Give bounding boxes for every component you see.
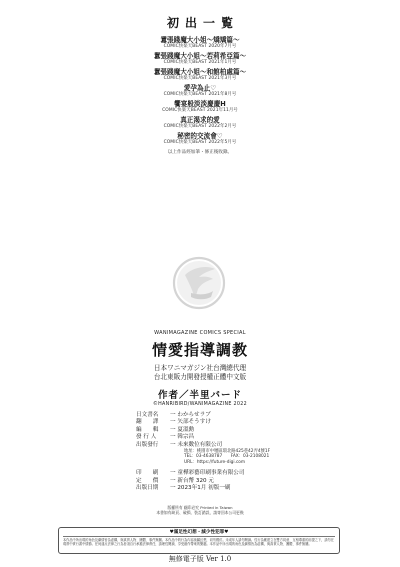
author-credit: 作者／半里バード [0, 387, 400, 401]
entry-title: 囂張踐魔大小姐～矯矯篇～ [0, 37, 400, 44]
credit-key: 出版發行 [136, 442, 170, 449]
credit-value: 一 夏溫勳 [170, 427, 194, 433]
edition-version: 無修電子版 Ver 1.0 [0, 554, 400, 564]
publication-entry: 囂張踐魔大小姐～和館柏處篇～ COMIC快楽天BEAST 2021年3月号 [0, 69, 400, 81]
publication-entry: 愛孕為止♡ COMIC快楽天BEAST 2021年8月号 [0, 85, 400, 97]
credit-row: 翻 譯一 矢部そうすけ [136, 419, 306, 426]
credit-value: 一 未來數位有限公司 [170, 442, 222, 448]
entry-title: 真正渴求的愛 [0, 117, 400, 124]
credit-value: 一 わからせラブ [170, 412, 211, 418]
entry-source: COMIC快楽天BEAST 2021年8月号 [0, 93, 400, 97]
printing-note: 版權所有 翻印必究 Printed in Taiwan 本書如有缺頁、破損、裝訂… [0, 505, 400, 515]
colophon-page: 初出一覧 囂張踐魔大小姐～矯矯篇～ COMIC快楽天BEAST 2020年7月号… [0, 0, 400, 567]
first-publication-list: 初出一覧 囂張踐魔大小姐～矯矯篇～ COMIC快楽天BEAST 2020年7月号… [0, 14, 400, 155]
credit-row: 編 輯一 夏溫勳 [136, 427, 306, 434]
credit-key: 印 刷 [136, 470, 170, 477]
credit-value: 一 2023年1月 初版一刷 [170, 485, 231, 491]
credit-key: 發 行 人 [136, 434, 170, 441]
entry-title: 秘密的交流會♡ [0, 133, 400, 140]
credit-key: 出版日期 [136, 485, 170, 492]
credit-row: 發 行 人一 韓宗昌 [136, 434, 306, 441]
credit-row: 定 價一 新台幣 320 元 [136, 478, 306, 485]
entry-source: COMIC快楽天BEAST 2021年11月号 [0, 109, 400, 113]
warning-body: 本作品中所出現的角色及劇情皆為虛構，與真實人物、團體、事件無關。本作品中的行為內… [63, 538, 335, 555]
entry-title: 囂張踐魔大小姐～若莉希亞篇～ [0, 53, 400, 60]
publisher-address: 地址：桃園市中壢區環北路425巷42弄4號1F TEL：03-4638787 F… [184, 449, 306, 465]
credit-value: 一 矢部そうすけ [170, 419, 211, 425]
publication-entry: 囂張踐魔大小姐～若莉希亞篇～ COMIC快楽天BEAST 2021年1月号 [0, 53, 400, 65]
publisher-wing-logo-icon [171, 255, 227, 311]
entry-title: 饗宴般淡淡慶慶H [0, 101, 400, 108]
entry-source: COMIC快楽天BEAST 2021年3月号 [0, 77, 400, 81]
credit-value: 一 新台幣 320 元 [170, 478, 214, 484]
credit-value: 一 童樺彩藝印刷事業有限公司 [170, 470, 245, 476]
content-warning-box: ♥滿足性幻想・減少性犯罪♥ 本作品中所出現的角色及劇情皆為虛構，與真實人物、團體… [58, 527, 340, 554]
credit-value: 一 韓宗昌 [170, 434, 194, 440]
entry-title: 愛孕為止♡ [0, 85, 400, 92]
warning-title: ♥滿足性幻想・減少性犯罪♥ [63, 529, 335, 537]
publication-entry: 真正渴求的愛 COMIC快楽天BEAST 2022年2月号 [0, 117, 400, 129]
series-label: WANIMAGAZINE COMICS SPECIAL [0, 330, 400, 336]
entry-source: COMIC快楽天BEAST 2021年1月号 [0, 61, 400, 65]
entry-source: COMIC快楽天BEAST 2022年5月号 [0, 141, 400, 145]
colophon-block: WANIMAGAZINE COMICS SPECIAL 情愛指導調教 日本ワニマ… [0, 330, 400, 407]
license-line: 台北東販力開發授權正體中文版 [0, 373, 400, 382]
license-line: 日本ワニマガジン社台灣總代理 [0, 364, 400, 373]
credits-table: 日文書名一 わからせラブ 翻 譯一 矢部そうすけ 編 輯一 夏溫勳 發 行 人一… [136, 412, 306, 492]
replacement-line: 本書如有缺頁、破損、裝訂錯誤，請寄回本公司更換 [0, 510, 400, 515]
credit-row: 日文書名一 わからせラブ [136, 412, 306, 419]
credit-row: 出版日期一 2023年1月 初版一刷 [136, 485, 306, 492]
credit-key: 定 價 [136, 478, 170, 485]
license-info: 日本ワニマガジン社台灣總代理 台北東販力開發授權正體中文版 [0, 364, 400, 382]
copyright-line: ©HANRIBIRD/WANIMAGAZINE 2022 [0, 402, 400, 407]
publication-entry: 饗宴般淡淡慶慶H COMIC快楽天BEAST 2021年11月号 [0, 101, 400, 113]
credit-key: 翻 譯 [136, 419, 170, 426]
publication-entry: 囂張踐魔大小姐～矯矯篇～ COMIC快楽天BEAST 2020年7月号 [0, 37, 400, 49]
first-publication-heading: 初出一覧 [6, 14, 400, 31]
entry-source: COMIC快楽天BEAST 2022年2月号 [0, 125, 400, 129]
book-title: 情愛指導調教 [0, 339, 400, 360]
credit-row: 印 刷一 童樺彩藝印刷事業有限公司 [136, 470, 306, 477]
credit-row: 出版發行一 未來數位有限公司 [136, 442, 306, 449]
revision-note: 以上作品經加筆・修正後收錄。 [0, 149, 400, 155]
publication-entry: 秘密的交流會♡ COMIC快楽天BEAST 2022年5月号 [0, 133, 400, 145]
entry-source: COMIC快楽天BEAST 2020年7月号 [0, 45, 400, 49]
entry-title: 囂張踐魔大小姐～和館柏處篇～ [0, 69, 400, 76]
